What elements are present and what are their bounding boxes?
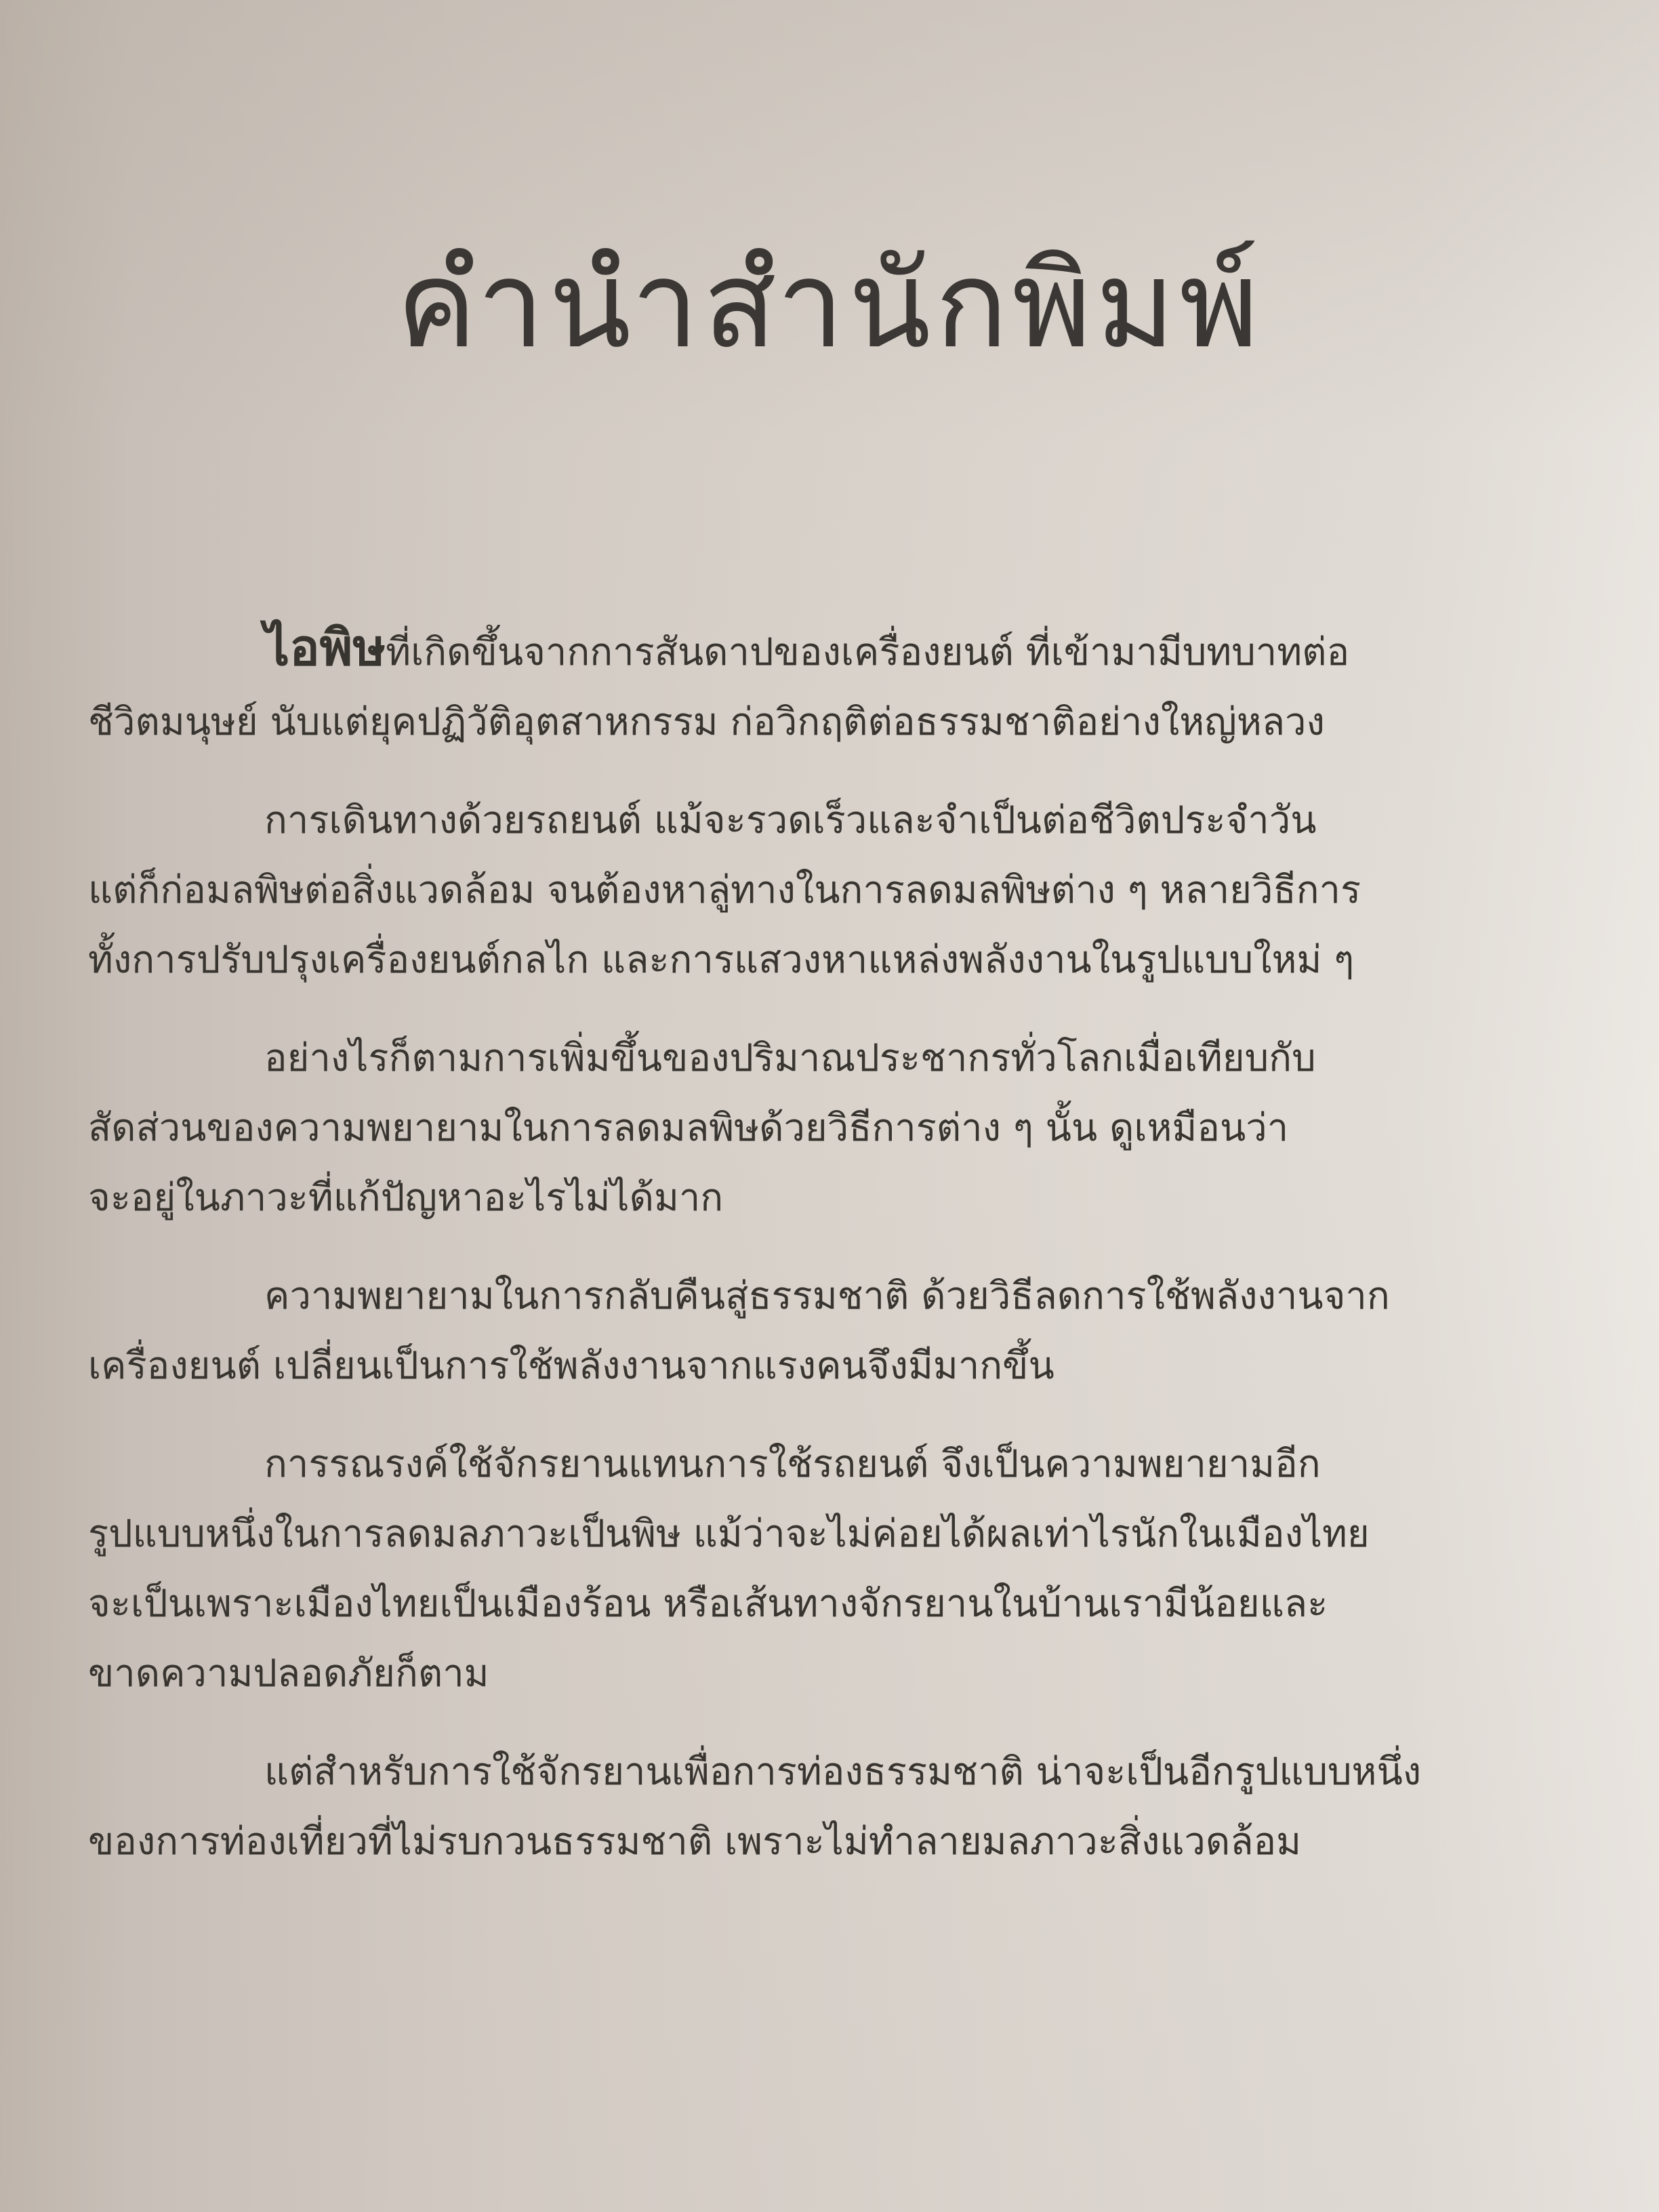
paragraph-line: แต่สำหรับการใช้จักรยานเพื่อการท่องธรรมชา… [88, 1737, 1593, 1807]
paragraph-line: การเดินทางด้วยรถยนต์ แม้จะรวดเร็วและจำเป… [88, 785, 1593, 855]
paragraph-line: การรณรงค์ใช้จักรยานแทนการใช้รถยนต์ จึงเป… [88, 1429, 1593, 1499]
paragraph-2: การเดินทางด้วยรถยนต์ แม้จะรวดเร็วและจำเป… [88, 785, 1593, 995]
paragraph-line: สัดส่วนของความพยายามในการลดมลพิษด้วยวิธี… [88, 1093, 1593, 1163]
page-title: คำนำสำนักพิมพ์ [0, 224, 1659, 386]
paragraph-line: ชีวิตมนุษย์ นับแต่ยุคปฏิวัติอุตสาหกรรม ก… [88, 687, 1593, 757]
paragraph-3: อย่างไรก็ตามการเพิ่มขึ้นของปริมาณประชากร… [88, 1023, 1593, 1233]
paragraph-6: แต่สำหรับการใช้จักรยานเพื่อการท่องธรรมชา… [88, 1737, 1593, 1877]
paragraph-line: จะเป็นเพราะเมืองไทยเป็นเมืองร้อน หรือเส้… [88, 1569, 1593, 1639]
paragraph-line: เครื่องยนต์ เปลี่ยนเป็นการใช้พลังงานจากแ… [88, 1331, 1593, 1401]
paragraph-line: ไอพิษที่เกิดขึ้นจากการสันดาปของเครื่องยน… [88, 613, 1593, 687]
paragraph-4: ความพยายามในการกลับคืนสู่ธรรมชาติ ด้วยวิ… [88, 1261, 1593, 1401]
paragraph-line: ของการท่องเที่ยวที่ไม่รบกวนธรรมชาติ เพรา… [88, 1807, 1593, 1877]
paragraph-line: จะอยู่ในภาวะที่แก้ปัญหาอะไรไม่ได้มาก [88, 1163, 1593, 1233]
paragraph-line: อย่างไรก็ตามการเพิ่มขึ้นของปริมาณประชากร… [88, 1023, 1593, 1093]
line-text: ที่เกิดขึ้นจากการสันดาปของเครื่องยนต์ ที… [386, 630, 1349, 674]
lead-word: ไอพิษ [264, 619, 386, 677]
paragraph-line: แต่ก็ก่อมลพิษต่อสิ่งแวดล้อม จนต้องหาลู่ท… [88, 855, 1593, 925]
paragraph-line: ขาดความปลอดภัยก็ตาม [88, 1639, 1593, 1708]
paragraph-1: ไอพิษที่เกิดขึ้นจากการสันดาปของเครื่องยน… [88, 613, 1593, 757]
paragraph-line: ทั้งการปรับปรุงเครื่องยนต์กลไก และการแสว… [88, 925, 1593, 995]
paragraph-line: รูปแบบหนึ่งในการลดมลภาวะเป็นพิษ แม้ว่าจะ… [88, 1499, 1593, 1569]
book-page: คำนำสำนักพิมพ์ ไอพิษที่เกิดขึ้นจากการสัน… [0, 0, 1659, 2212]
preface-body: ไอพิษที่เกิดขึ้นจากการสันดาปของเครื่องยน… [88, 613, 1593, 1905]
paragraph-line: ความพยายามในการกลับคืนสู่ธรรมชาติ ด้วยวิ… [88, 1261, 1593, 1331]
paragraph-5: การรณรงค์ใช้จักรยานแทนการใช้รถยนต์ จึงเป… [88, 1429, 1593, 1708]
